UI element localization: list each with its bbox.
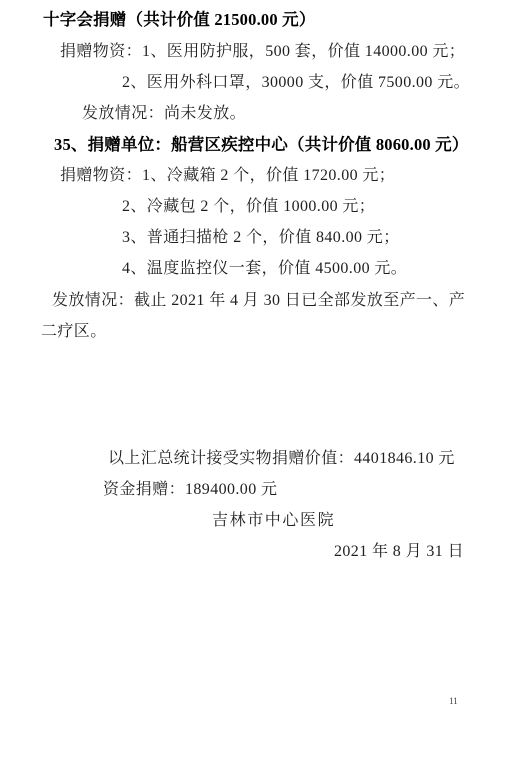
section-35-donated-goods-item-2: 2、冷藏包 2 个，价值 1000.00 元； (122, 197, 375, 217)
document-page: 十字会捐赠（共计价值 21500.00 元） 捐赠物资：1、医用防护服，500 … (0, 0, 531, 761)
section-35-donated-goods-item-1: 捐赠物资：1、冷藏箱 2 个，价值 1720.00 元； (60, 166, 395, 186)
section-35-distribution-status-line-1: 发放情况：截止 2021 年 4 月 30 日已全部发放至产一、产 (52, 291, 465, 311)
section-35-donated-goods-item-3: 3、普通扫描枪 2 个，价值 840.00 元； (122, 228, 400, 248)
red-cross-donated-goods-item-1: 捐赠物资：1、医用防护服，500 套，价值 14000.00 元； (60, 42, 465, 62)
issuer-signature: 吉林市中心医院 (212, 511, 335, 531)
section-35-heading: 35、捐赠单位：船营区疾控中心（共计价值 8060.00 元） (54, 135, 469, 155)
red-cross-distribution-status: 发放情况：尚未发放。 (82, 104, 246, 124)
page-number: 11 (449, 696, 458, 706)
summary-in-kind-total: 以上汇总统计接受实物捐赠价值：4401846.10 元 (108, 449, 455, 469)
red-cross-section-heading: 十字会捐赠（共计价值 21500.00 元） (43, 10, 316, 30)
summary-funds-total: 资金捐赠：189400.00 元 (103, 480, 277, 500)
section-35-donated-goods-item-4: 4、温度监控仪一套，价值 4500.00 元。 (122, 259, 407, 279)
document-date: 2021 年 8 月 31 日 (334, 542, 464, 562)
section-35-distribution-status-line-2: 二疗区。 (41, 322, 107, 342)
red-cross-donated-goods-item-2: 2、医用外科口罩，30000 支，价值 7500.00 元。 (122, 73, 470, 93)
